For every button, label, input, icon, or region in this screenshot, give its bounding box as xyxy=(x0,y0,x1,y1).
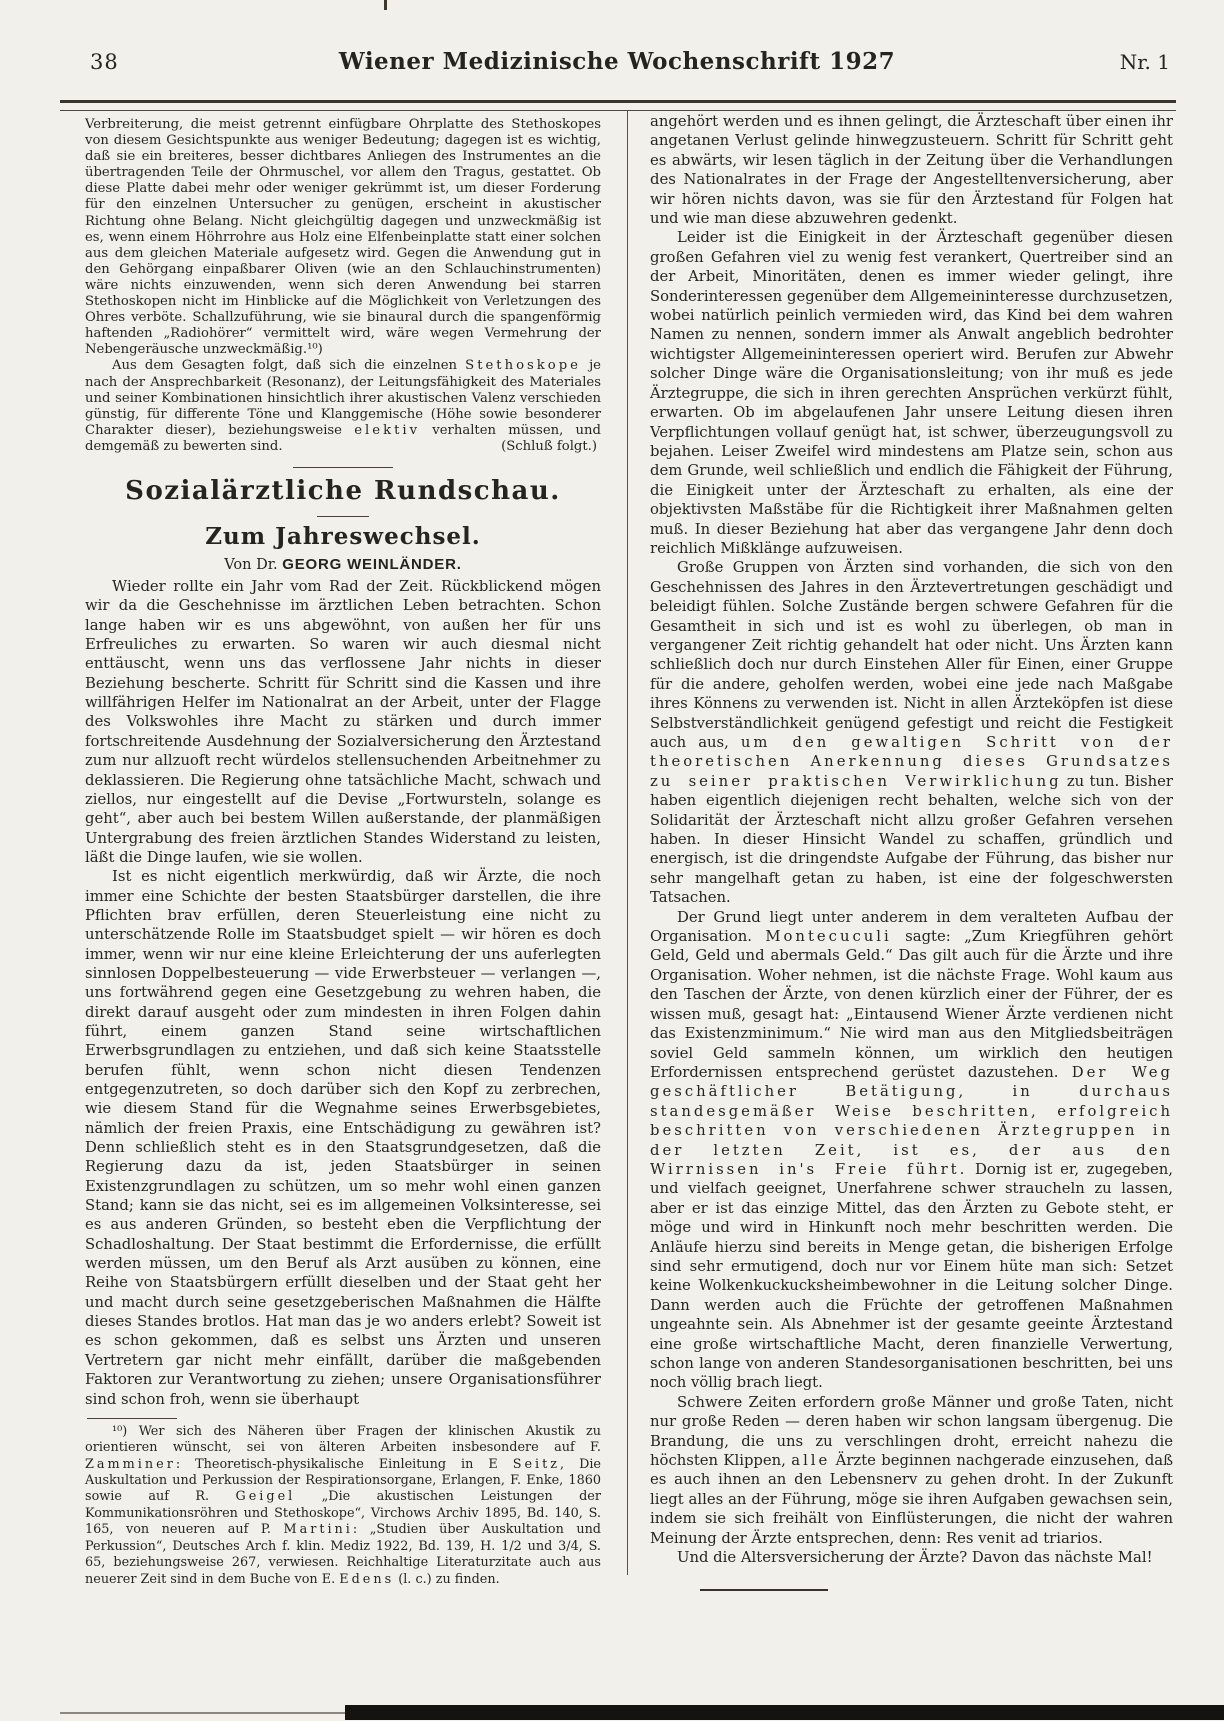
paragraph: Verbreiterung, die meist getrennt einfüg… xyxy=(85,117,601,358)
letterspaced-text: Zamminer xyxy=(85,1457,176,1472)
letterspaced-text: elektiv xyxy=(354,423,420,438)
letterspaced-text: Stethoskope xyxy=(465,358,581,373)
article-body-left: Wieder rollte ein Jahr vom Rad der Zeit.… xyxy=(85,577,601,1409)
article-title: Zum Jahreswechsel. xyxy=(85,523,601,550)
issue-number: Nr. 1 xyxy=(1120,50,1170,74)
section-title: Sozialärztliche Rundschau. xyxy=(85,476,601,506)
paragraph: Ist es nicht eigentlich merkwürdig, daß … xyxy=(85,867,601,1409)
letterspaced-text: Geigel xyxy=(236,1489,296,1504)
text-run: ¹⁰) Wer sich des Näheren über Fragen der… xyxy=(85,1424,601,1455)
scan-edge-bar xyxy=(345,1705,1224,1720)
byline-prefix: Von Dr. xyxy=(224,557,277,573)
article-end-rule xyxy=(700,1589,828,1591)
page-header: 38 Wiener Medizinische Wochenschrift 192… xyxy=(62,46,1172,82)
text-run: (l. c.) zu finden. xyxy=(394,1572,500,1587)
column-divider xyxy=(627,110,628,1575)
text-run: Verbreiterung, die meist getrennt einfüg… xyxy=(85,117,601,357)
paragraph: Und die Altersversicherung der Ärzte? Da… xyxy=(650,1548,1173,1567)
author-name: GEORG WEINLÄNDER. xyxy=(282,556,461,573)
text-run: angehört werden und es ihnen gelingt, di… xyxy=(650,113,1173,227)
text-run: Große Gruppen von Ärzten sind vorhanden,… xyxy=(650,559,1173,751)
letterspaced-text: Seitz xyxy=(513,1457,560,1472)
text-run: : Theoretisch-physikalische Einleitung i… xyxy=(176,1457,513,1472)
byline: Von Dr. GEORG WEINLÄNDER. xyxy=(85,556,601,573)
paragraph: Der Grund liegt unter anderem in dem ver… xyxy=(650,908,1173,1393)
scan-edge-line xyxy=(60,1712,350,1714)
letterspaced-text: Edens xyxy=(339,1572,394,1587)
paragraph: Schwere Zeiten erfordern große Männer un… xyxy=(650,1393,1173,1548)
letterspaced-text: alle xyxy=(791,1452,830,1469)
left-column: Verbreiterung, die meist getrennt einfüg… xyxy=(85,112,601,1588)
text-run: Aus dem Gesagten folgt, daß sich die ein… xyxy=(112,358,465,373)
text-run: sagte: „Zum Kriegführen gehört Geld, Gel… xyxy=(650,928,1173,1081)
paragraph: Wieder rollte ein Jahr vom Rad der Zeit.… xyxy=(85,577,601,867)
letterspaced-text: Montecuculi xyxy=(765,928,891,945)
title-separator-rule xyxy=(317,516,369,517)
scan-artifact xyxy=(384,0,387,10)
paragraph: Große Gruppen von Ärzten sind vorhanden,… xyxy=(650,558,1173,907)
footnote: ¹⁰) Wer sich des Näheren über Fragen der… xyxy=(85,1424,601,1588)
paragraph: ¹⁰) Wer sich des Näheren über Fragen der… xyxy=(85,1424,601,1588)
header-double-rule xyxy=(60,100,1176,111)
section-separator-rule xyxy=(293,467,393,468)
letterspaced-text: Martini xyxy=(283,1522,352,1537)
text-run: Wieder rollte ein Jahr vom Rad der Zeit.… xyxy=(85,578,601,866)
paragraph: angehört werden und es ihnen gelingt, di… xyxy=(650,112,1173,228)
text-run: Leider ist die Einigkeit in der Ärztesch… xyxy=(650,229,1173,557)
right-column: angehört werden und es ihnen gelingt, di… xyxy=(650,112,1173,1567)
paragraph: Leider ist die Einigkeit in der Ärztesch… xyxy=(650,228,1173,558)
text-run: Dornig ist er, zugegeben, und vielfach g… xyxy=(650,1161,1173,1391)
text-run: zu tun. Bisher haben eigentlich diejenig… xyxy=(650,773,1173,906)
journal-title: Wiener Medizinische Wochenschrift 1927 xyxy=(62,48,1172,75)
text-run: Und die Altersversicherung der Ärzte? Da… xyxy=(677,1549,1153,1566)
text-run: Ist es nicht eigentlich merkwürdig, daß … xyxy=(85,868,601,1407)
stethoscope-article: Verbreiterung, die meist getrennt einfüg… xyxy=(85,112,601,455)
footnote-separator xyxy=(87,1418,177,1419)
journal-page: 38 Wiener Medizinische Wochenschrift 192… xyxy=(0,0,1224,1721)
